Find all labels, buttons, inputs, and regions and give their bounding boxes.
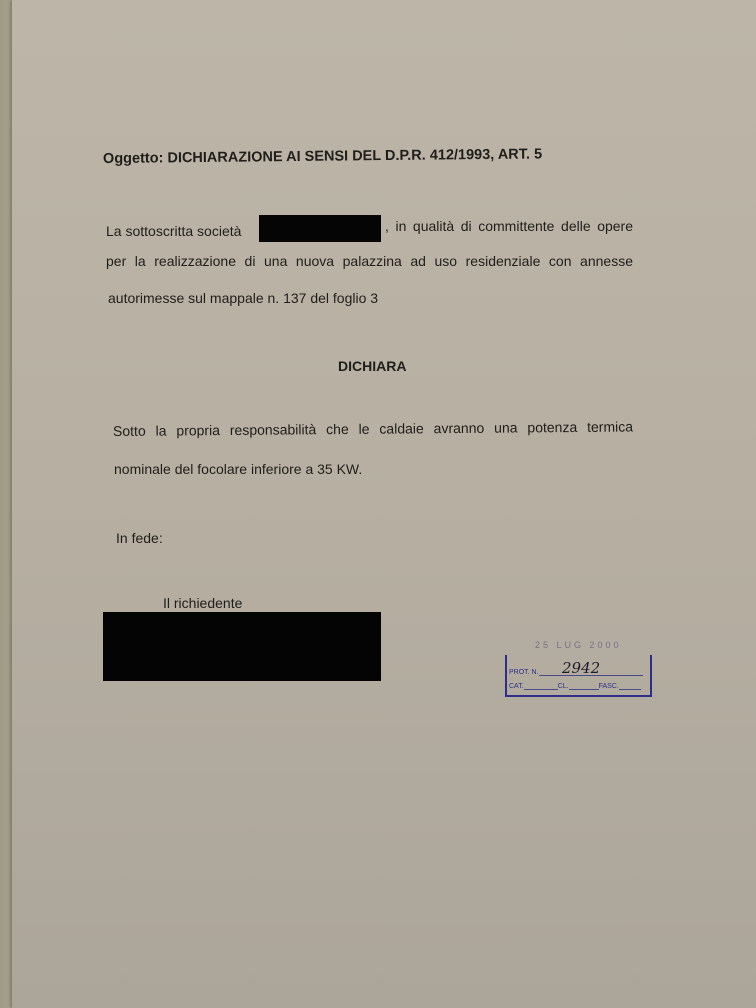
stamp-cat-line bbox=[524, 682, 558, 690]
word: , bbox=[385, 218, 389, 234]
word: opere bbox=[597, 218, 633, 234]
background-edge bbox=[0, 0, 12, 1008]
word: in bbox=[395, 218, 406, 234]
redacted-signature bbox=[103, 612, 381, 681]
paragraph2-line2: nominale del focolare inferiore a 35 KW. bbox=[114, 461, 362, 477]
paragraph1-line3: autorimesse sul mappale n. 137 del fogli… bbox=[108, 290, 378, 306]
paragraph1-line2: per la realizzazione di una nuova palazz… bbox=[106, 253, 633, 269]
word: committente bbox=[478, 218, 554, 234]
signatory-label: Il richiedente bbox=[163, 595, 242, 611]
closing-text: In fede: bbox=[116, 530, 163, 546]
stamp-cat-label: CAT. bbox=[509, 683, 524, 690]
word: di bbox=[461, 218, 472, 234]
stamp-prot-label: PROT. N. bbox=[509, 669, 539, 676]
stamp-cl-label: CL. bbox=[558, 683, 569, 690]
stamp-prot-number: 2942 bbox=[562, 659, 600, 677]
word: delle bbox=[561, 218, 591, 234]
protocol-stamp: PROT. N. 2942 CAT. CL. FASC. bbox=[505, 655, 652, 697]
stamp-fasc-label: FASC. bbox=[599, 683, 619, 690]
paragraph1-line1-end: ,inqualitàdicommittentedelleopere bbox=[385, 218, 633, 234]
redacted-company-name bbox=[259, 215, 381, 242]
stamp-cat-row: CAT. CL. FASC. bbox=[509, 682, 641, 690]
declare-heading: DICHIARA bbox=[338, 358, 406, 374]
stamp-fasc-line bbox=[619, 682, 641, 690]
stamp-date-faded: 25 LUG 2000 bbox=[535, 640, 622, 650]
stamp-cl-line bbox=[569, 682, 599, 690]
word: qualità bbox=[413, 218, 454, 234]
paragraph1-line1-start: La sottoscritta società bbox=[106, 223, 241, 239]
